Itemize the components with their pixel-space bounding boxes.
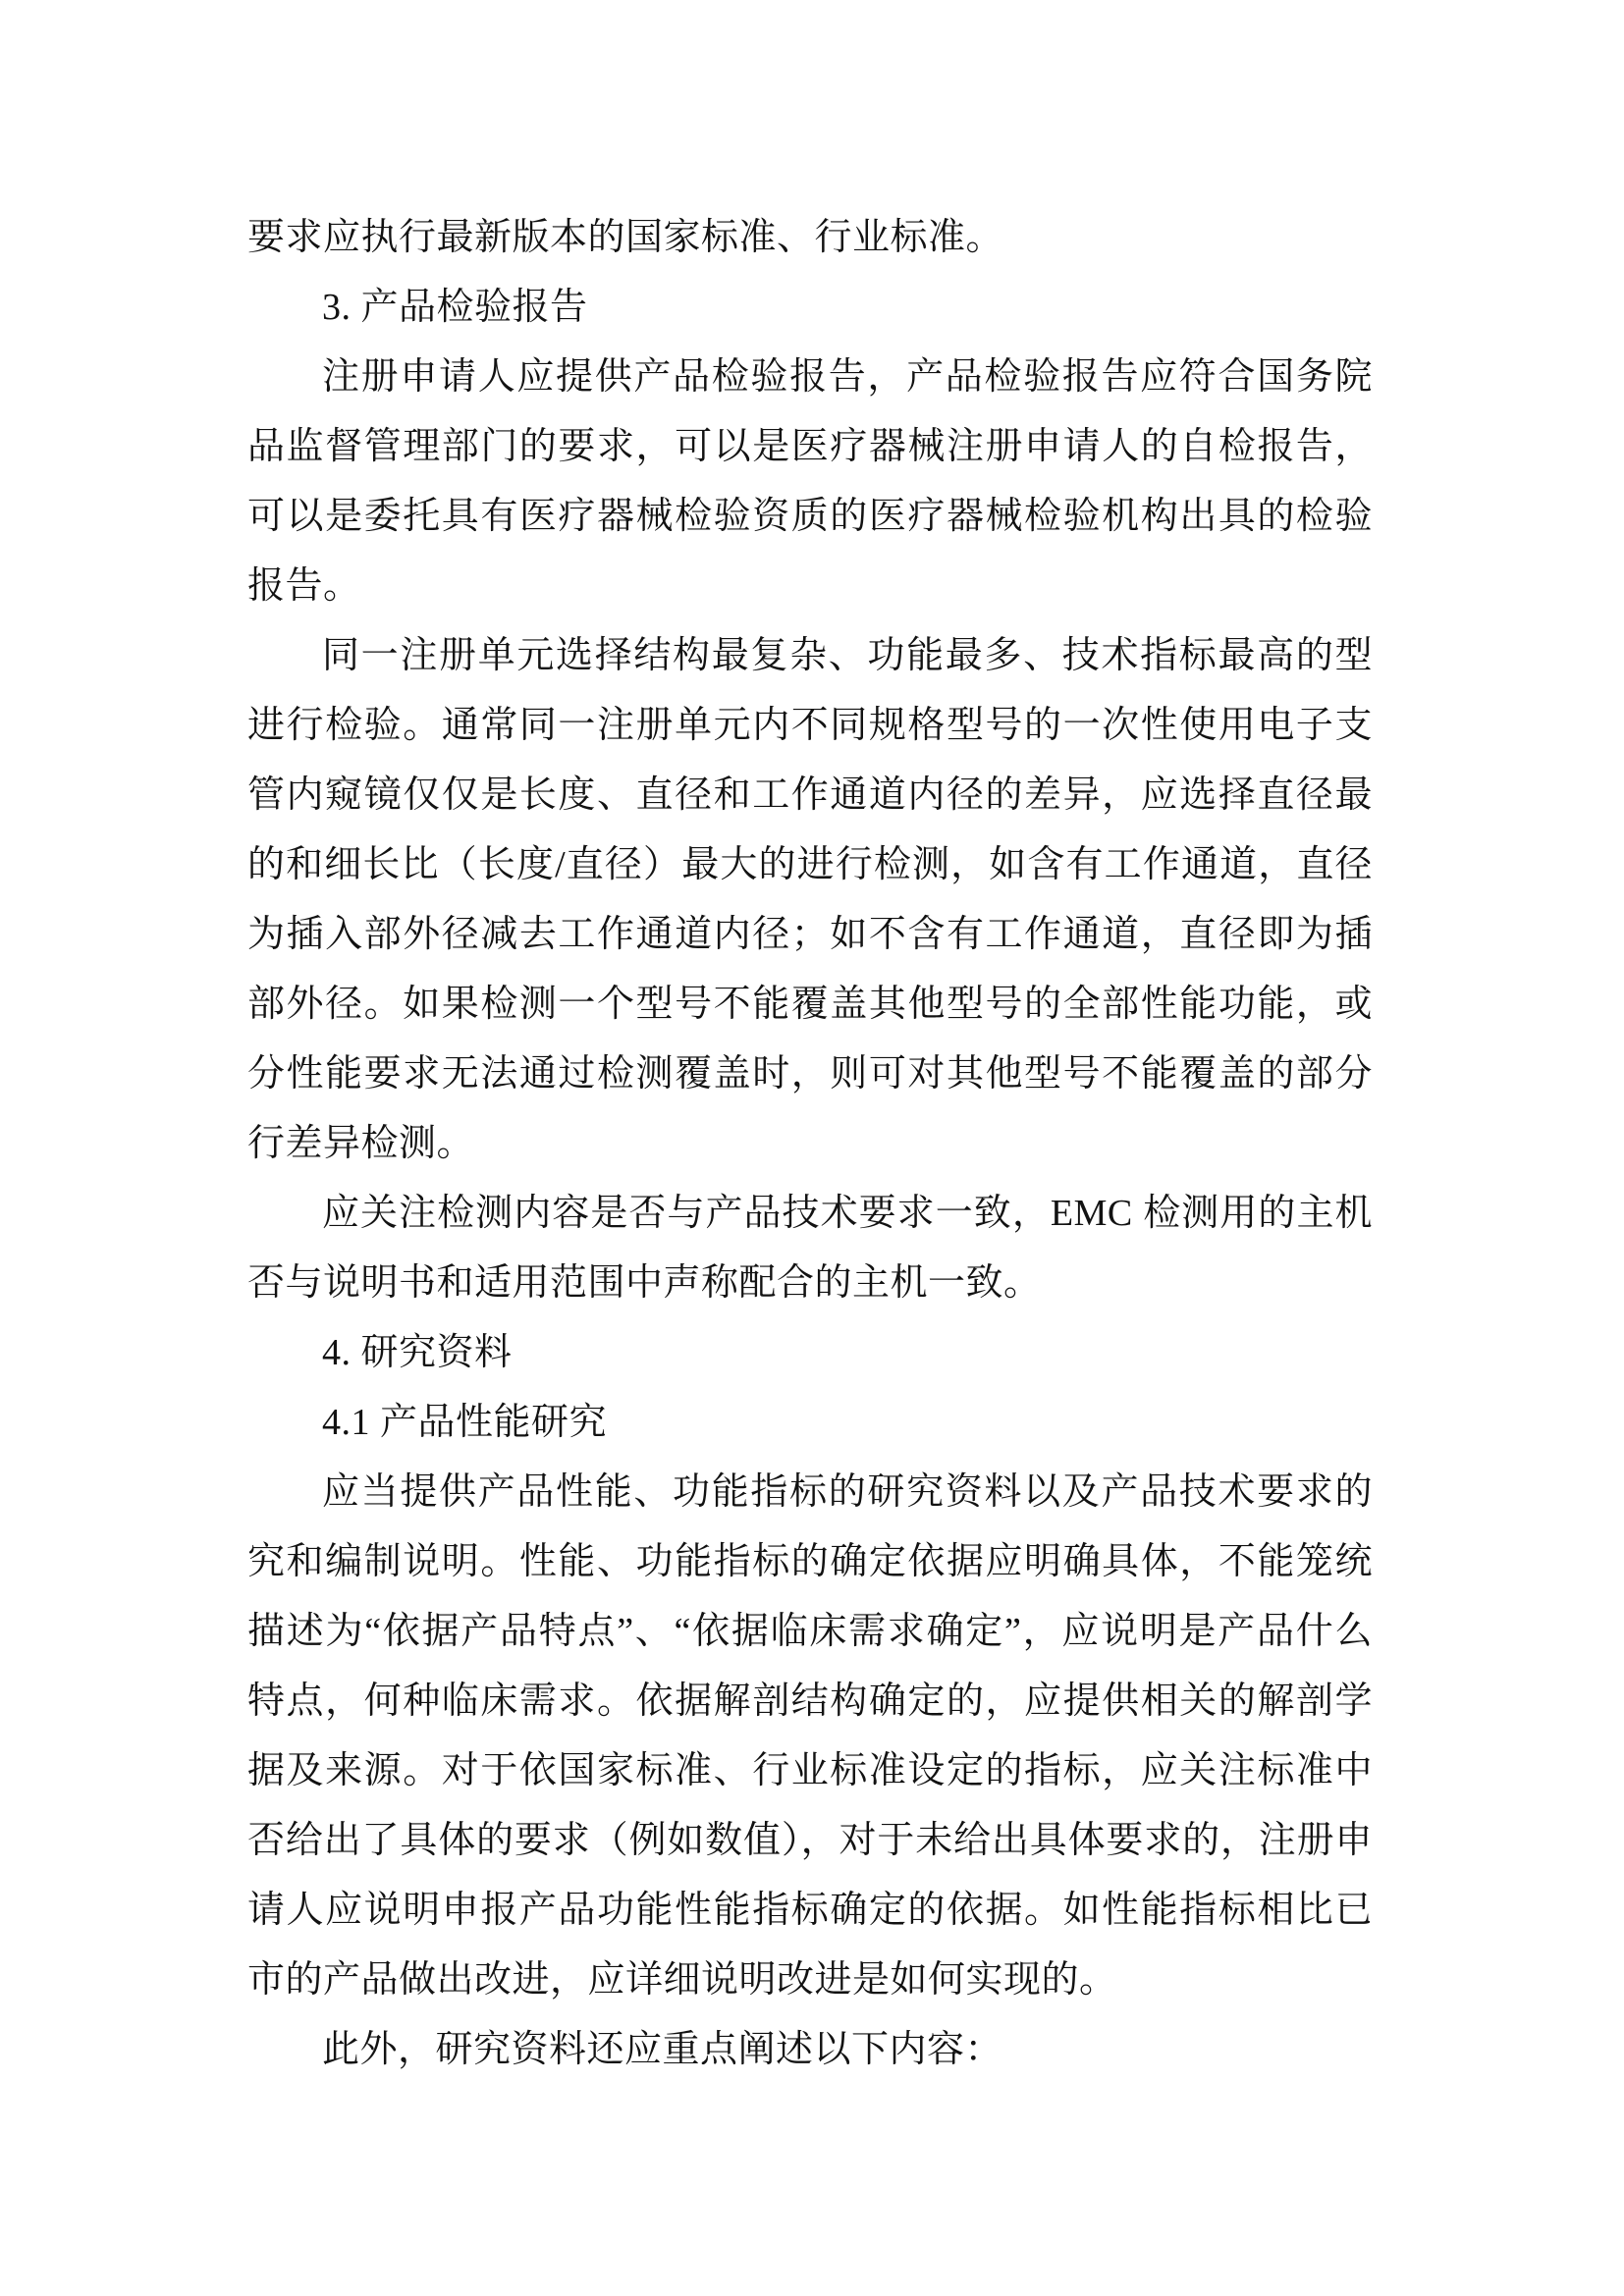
text-line: 特点，何种临床需求。依据解剖结构确定的，应提供相关的解剖学数 — [247, 1667, 1373, 1736]
text-line: 分性能要求无法通过检测覆盖时，则可对其他型号不能覆盖的部分进 — [247, 1040, 1373, 1109]
text-line: 3. 产品检验报告 — [247, 273, 1373, 343]
text-line: 究和编制说明。性能、功能指标的确定依据应明确具体，不能笼统地 — [247, 1527, 1373, 1597]
text-line: 报告。 — [247, 552, 1373, 621]
text-line: 否给出了具体的要求（例如数值），对于未给出具体要求的，注册申 — [247, 1806, 1373, 1876]
text-line: 4.1 产品性能研究 — [247, 1388, 1373, 1458]
text-line: 行差异检测。 — [247, 1109, 1373, 1179]
document-text-block: 要求应执行最新版本的国家标准、行业标准。3. 产品检验报告注册申请人应提供产品检… — [247, 203, 1373, 2085]
text-line: 此外，研究资料还应重点阐述以下内容： — [247, 2015, 1373, 2085]
text-line: 要求应执行最新版本的国家标准、行业标准。 — [247, 203, 1373, 273]
text-line: 市的产品做出改进，应详细说明改进是如何实现的。 — [247, 1946, 1373, 2015]
text-line: 可以是委托具有医疗器械检验资质的医疗器械检验机构出具的检验 — [247, 482, 1373, 552]
text-line: 同一注册单元选择结构最复杂、功能最多、技术指标最高的型号 — [247, 621, 1373, 691]
text-line: 4. 研究资料 — [247, 1318, 1373, 1388]
text-line: 应当提供产品性能、功能指标的研究资料以及产品技术要求的研 — [247, 1458, 1373, 1527]
text-line: 品监督管理部门的要求，可以是医疗器械注册申请人的自检报告，也 — [247, 412, 1373, 482]
text-line: 管内窥镜仅仅是长度、直径和工作通道内径的差异，应选择直径最小 — [247, 761, 1373, 830]
text-line: 请人应说明申报产品功能性能指标确定的依据。如性能指标相比已上 — [247, 1876, 1373, 1946]
text-line: 部外径。如果检测一个型号不能覆盖其他型号的全部性能功能，或部 — [247, 970, 1373, 1040]
text-line: 据及来源。对于依国家标准、行业标准设定的指标，应关注标准中是 — [247, 1736, 1373, 1806]
text-line: 的和细长比（长度/直径）最大的进行检测，如含有工作通道，直径 — [247, 830, 1373, 900]
text-line: 进行检验。通常同一注册单元内不同规格型号的一次性使用电子支气 — [247, 691, 1373, 761]
document-page: 要求应执行最新版本的国家标准、行业标准。3. 产品检验报告注册申请人应提供产品检… — [0, 0, 1624, 2296]
text-line: 否与说明书和适用范围中声称配合的主机一致。 — [247, 1249, 1373, 1318]
text-line: 应关注检测内容是否与产品技术要求一致，EMC 检测用的主机是 — [247, 1179, 1373, 1249]
text-line: 为插入部外径减去工作通道内径；如不含有工作通道，直径即为插入 — [247, 900, 1373, 970]
text-line: 描述为“依据产品特点”、“依据临床需求确定”，应说明是产品什么 — [247, 1597, 1373, 1667]
text-line: 注册申请人应提供产品检验报告，产品检验报告应符合国务院药 — [247, 343, 1373, 412]
